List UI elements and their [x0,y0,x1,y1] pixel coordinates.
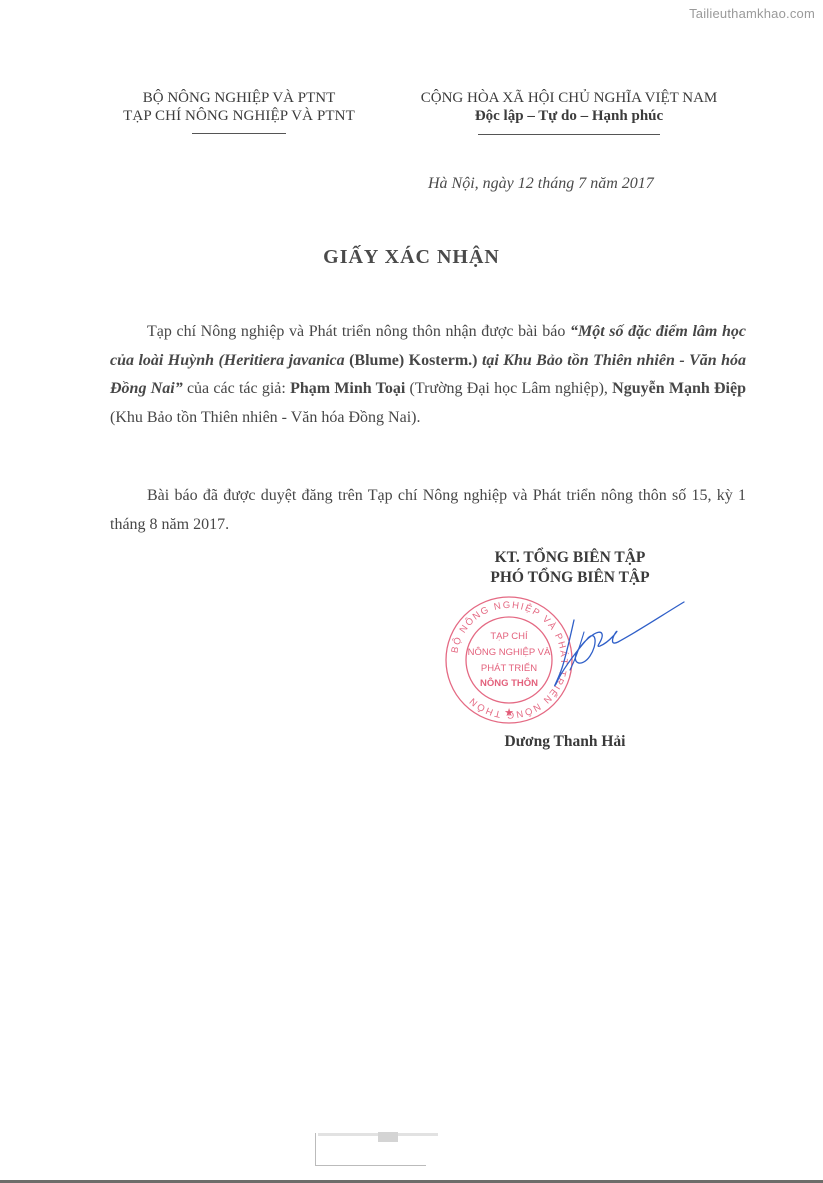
publication-text: Bài báo đã được duyệt đăng trên Tạp chí … [110,487,746,533]
national-motto: Độc lập – Tự do – Hạnh phúc [386,107,752,125]
country-name: CỘNG HÒA XÃ HỘI CHỦ NGHĨA VIỆT NAM [386,89,752,107]
signature-title-line2: PHÓ TỔNG BIÊN TẬP [440,568,700,588]
author-2: Nguyễn Mạnh Điệp [612,380,746,397]
national-motto-header: CỘNG HÒA XÃ HỘI CHỦ NGHĨA VIỆT NAM Độc l… [386,89,752,135]
author-1-affiliation: (Trường Đại học Lâm nghiệp), [405,380,612,397]
watermark-text: Tailieuthamkhao.com [689,6,815,21]
signature-title-block: KT. TỔNG BIÊN TẬP PHÓ TỔNG BIÊN TẬP [440,548,700,588]
signer-name: Dương Thanh Hải [440,733,690,751]
paragraph-intro: Tạp chí Nông nghiệp và Phát triển nông t… [147,323,570,340]
svg-text:★: ★ [504,707,514,719]
authors-lead: của các tác giả: [183,380,290,397]
scan-artifact [315,1133,426,1166]
svg-text:TẠP CHÍ: TẠP CHÍ [490,631,528,642]
author-1: Phạm Minh Toại [290,380,405,397]
handwritten-signature-icon [540,598,690,698]
svg-text:PHÁT TRIỂN: PHÁT TRIỂN [481,662,537,674]
article-title-part2: (Blume) Kosterm.) [345,352,478,369]
ministry-name: BỘ NÔNG NGHIỆP VÀ PTNT [100,89,378,107]
journal-name: TẠP CHÍ NÔNG NGHIỆP VÀ PTNT [100,107,378,125]
document-title: GIẤY XÁC NHẬN [0,246,823,269]
svg-text:NÔNG NGHIỆP VÀ: NÔNG NGHIỆP VÀ [468,647,551,658]
signature-title-line1: KT. TỔNG BIÊN TẬP [440,548,700,568]
header-left-divider [192,133,286,134]
publication-paragraph: Bài báo đã được duyệt đăng trên Tạp chí … [110,482,746,539]
issuing-agency-header: BỘ NÔNG NGHIỆP VÀ PTNT TẠP CHÍ NÔNG NGHI… [100,89,378,134]
header-right-divider [478,134,660,135]
svg-text:NÔNG THÔN: NÔNG THÔN [480,677,538,689]
place-date-line: Hà Nội, ngày 12 tháng 7 năm 2017 [428,175,654,193]
author-2-affiliation: (Khu Bảo tồn Thiên nhiên - Văn hóa Đồng … [110,409,420,426]
confirmation-paragraph: Tạp chí Nông nghiệp và Phát triển nông t… [110,318,746,432]
